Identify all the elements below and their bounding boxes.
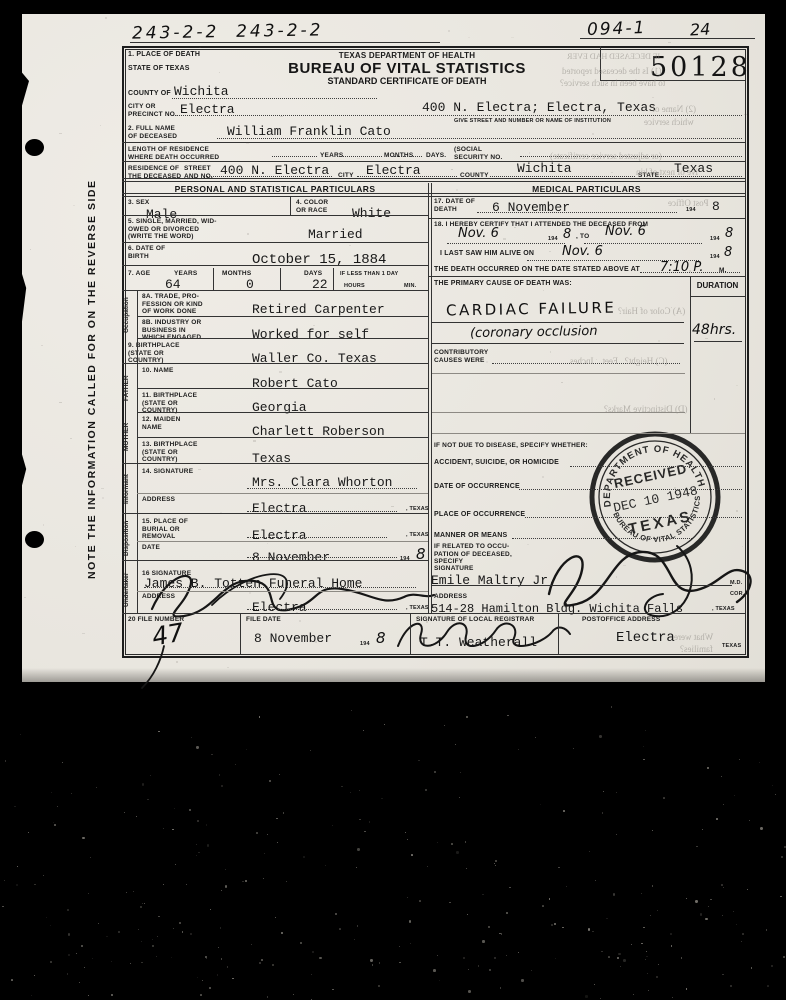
scan-speck [652,885,653,886]
scan-speck [221,890,222,891]
scan-speck [235,764,236,765]
scan-speck [381,798,383,800]
scan-speck [747,889,748,890]
paper-speck [198,469,201,470]
scan-speck [465,841,466,842]
rule-line [137,437,428,438]
scan-speck [549,898,550,899]
place-of-death-label: 1. PLACE OF DEATH [128,51,200,59]
birthplace-label: 9. BIRTHPLACE (STATE OR COUNTRY) [128,342,180,365]
scan-speck [126,892,127,893]
scan-speck [708,906,709,907]
rule-line [144,587,416,588]
scan-speck [772,785,773,786]
paper-speck [596,359,598,361]
scan-speck [225,869,227,871]
rule-line [290,196,291,215]
scan-speck [67,973,69,975]
file-date-value: 8 November [254,631,332,646]
scan-speck [646,956,647,957]
paper-speck [246,142,249,144]
scan-speck [191,737,192,738]
scan-speck [5,760,6,761]
paper-speck [247,233,248,235]
rule-line [447,243,565,244]
scan-speck [171,957,172,958]
scan-speck [332,989,334,991]
paper-speck [313,325,315,326]
scan-speck [54,824,55,825]
bleedthrough-text: (2) Name of [652,104,696,114]
length-residence-label: LENGTH OF RESIDENCE WHERE DEATH OCCURRED [128,146,219,161]
rule-line [122,265,428,266]
scan-speck [722,915,723,916]
scan-speck [43,875,44,876]
side-label-informant: Informant [123,466,136,512]
paper-speck [451,169,452,170]
scan-speck [407,897,408,898]
scan-speck [142,903,143,904]
dob-label: 6. DATE OF BIRTH [128,245,165,260]
scan-speck [206,958,207,959]
rule-line [519,489,742,490]
scan-speck [14,806,15,807]
scan-speck [460,772,461,773]
scan-speck [434,771,436,773]
scan-speck [34,884,36,886]
paper-speck [689,270,691,272]
scan-speck [437,955,439,957]
paper-speck [24,597,25,598]
scan-speck [554,923,556,925]
scan-speck [739,759,740,760]
paper-speck [688,493,690,494]
rule-line [477,212,677,213]
bleedthrough-text: (or adjusted service certificate) [550,151,662,161]
scan-speck [147,799,148,800]
scan-speck [495,860,497,862]
scan-speck [118,931,119,932]
paper-speck [41,345,43,346]
rule-line [122,513,428,514]
paper-speck [296,612,298,613]
rule-line [247,609,397,610]
paper-speck [742,546,744,547]
scan-speck [98,923,99,924]
paper-speck [456,189,458,191]
scan-speck [425,789,427,791]
full-name-value: William Franklin Cato [227,124,391,139]
county-label: COUNTY OF [128,90,171,98]
paper-speck [73,205,75,207]
rule-line [122,178,745,179]
rule-line [690,276,691,433]
age-hours-label: HOURS [344,283,365,289]
paper-speck [549,251,551,252]
rule-line [247,488,417,489]
scan-speck [198,852,199,853]
rule-line [122,193,745,194]
scan-speck [611,706,612,707]
scan-speck [573,748,574,749]
scan-speck [210,909,211,910]
scan-speck [141,941,142,942]
paper-speck [391,57,394,59]
scan-speck [142,783,144,785]
paper-speck [220,512,222,513]
scan-speck [617,957,619,959]
certificate-page: NOTE THE INFORMATION CALLED FOR ON THE R… [22,14,765,682]
attended-from-value: Nov. 6 [458,226,499,241]
paper-speck [176,661,178,662]
scan-speck [206,824,207,825]
paper-speck [158,369,159,371]
scan-speck [57,806,58,807]
registrar-signature-scrawl [390,612,575,657]
scan-speck [645,730,646,731]
scan-speck [88,893,89,894]
paper-speck [328,334,329,336]
paper-speck [59,402,61,404]
scan-speck [259,962,261,964]
scan-speck [202,980,203,981]
scan-speck [686,988,688,990]
margin-note-vertical: NOTE THE INFORMATION CALLED FOR ON THE R… [86,154,98,604]
mother-name-label: 12. MAIDEN NAME [142,416,180,431]
scan-speck [594,984,596,986]
scan-speck [759,762,760,763]
paper-speck [156,151,158,152]
scan-speck [4,880,5,881]
rule-line [490,176,635,177]
rule-line [432,373,685,374]
postoffice-value: Electra [616,630,675,646]
rule-line [137,541,428,542]
scan-speck [359,819,360,820]
scan-speck [62,762,63,763]
rule-line [640,272,740,273]
paper-speck [611,172,613,174]
paper-speck [511,37,514,38]
bleedthrough-text: families? [680,644,713,654]
scan-speck [157,936,158,937]
scan-speck [410,943,411,944]
rule-line [570,466,742,467]
scan-speck [427,866,429,868]
rule-line [137,338,428,339]
rule-line [432,585,732,586]
scan-speck [641,943,642,944]
scan-speck [418,760,419,761]
rule-line [694,341,742,342]
duration-value: 48hrs. [692,322,736,338]
last-saw-value: Nov. 6 [562,244,603,259]
paper-speck [249,592,251,594]
scan-speck [722,974,723,975]
scan-speck [518,749,519,750]
scan-speck [588,928,590,930]
scan-speck [723,804,724,805]
paper-speck [744,114,747,115]
scan-speck [488,926,489,927]
scan-speck [600,998,601,999]
paper-speck [426,621,428,623]
scan-speck [775,794,776,795]
age-label: 7. AGE [128,270,150,278]
scan-speck [783,956,785,958]
rule-line [137,493,428,494]
age-min-label: MIN. [404,283,416,289]
paper-speck [651,71,653,73]
scan-speck [156,956,157,957]
bleedthrough-text: IF DECEASED HAD EVER [567,52,660,61]
scan-speck [163,828,164,829]
paper-speck [550,351,552,353]
paper-speck [357,158,360,159]
scan-speck [451,843,453,845]
scan-speck [641,893,642,894]
rule-line [137,412,428,413]
scan-speck [437,842,438,843]
burial-date-label: DATE [142,544,160,552]
side-label-mother: MOTHER [123,414,136,460]
paper-speck [105,17,107,18]
rule-line [527,260,699,261]
scan-speck [616,792,617,793]
full-name-label: 2. FULL NAME OF DECEASED [128,125,177,140]
scan-speck [456,851,458,853]
scan-speck [741,941,742,942]
scan-speck [620,966,621,967]
scan-speck [506,912,508,914]
rule-line [558,613,559,654]
rule-line [512,538,692,539]
attended-to-year-stub: 194 [710,236,720,242]
marital-label: 5. SINGLE, MARRIED, WID- OWED OR DIVORCE… [128,218,217,241]
scan-speck [507,715,509,717]
scan-speck [232,978,233,979]
scan-speck [742,933,744,935]
rule-line [431,183,432,613]
scan-speck [53,822,54,823]
paper-speck [227,667,229,668]
paper-speck [43,524,44,526]
bureau-title: BUREAU OF VITAL STATISTICS [242,60,572,77]
paper-speck [658,340,660,341]
rule-line [584,243,702,244]
scan-speck [245,880,247,882]
paper-speck [542,476,543,478]
last-saw-label: I LAST SAW HIM ALIVE ON [440,250,534,258]
scan-speck [200,994,202,996]
scan-speck [494,957,495,958]
paper-speck [671,307,672,308]
scan-speck [130,963,131,964]
scan-speck [730,985,732,987]
handwritten-top-right-2: 24 [690,19,711,39]
death-time-m: M. [719,267,727,275]
scan-speck [449,902,451,904]
paper-speck [267,543,268,544]
scan-speck [96,787,97,788]
scan-speck [82,837,85,840]
scan-speck [652,830,653,831]
scan-speck [172,829,173,830]
scan-speck [300,942,302,944]
standard-title: STANDARD CERTIFICATE OF DEATH [272,76,542,86]
paper-speck [503,238,506,240]
rule-line [122,242,428,243]
paper-speck [30,249,31,251]
marital-value: Married [308,227,363,242]
scan-speck [500,987,501,988]
paper-speck [745,58,747,59]
side-label-undertaker: Undertaker [123,567,136,612]
paper-speck [572,324,574,325]
scan-speck [50,961,52,963]
scan-speck [509,887,510,888]
scan-speck [276,818,277,819]
paper-speck [446,67,448,68]
rule-line [207,176,332,177]
scan-speck [186,884,188,886]
paper-speck [736,385,738,386]
scan-speck [227,966,228,967]
accident-label: ACCIDENT, SUICIDE, OR HOMICIDE [434,459,559,467]
scan-speck [631,944,633,946]
scan-speck [261,959,263,961]
scan-speck [158,916,159,917]
scan-speck [111,961,112,962]
scan-speck [106,936,107,937]
paper-speck [674,487,676,489]
scan-speck [671,945,672,946]
paper-speck [504,309,505,310]
bleedthrough-text: (A) Color of Hair? [618,306,685,316]
scan-speck [144,903,145,904]
dod-label: 17. DATE OF DEATH [434,198,475,213]
scan-speck [663,797,665,799]
scan-speck [46,917,47,918]
scan-speck [419,900,421,902]
scan-speck [705,918,707,920]
color-value: White [352,206,391,221]
scan-speck [269,780,271,782]
scan-speck [16,884,18,886]
scan-speck [618,953,620,955]
scan-speck [558,867,559,868]
scan-speck [781,856,783,858]
scan-speck [196,855,197,856]
scan-speck [350,792,351,793]
scan-speck [379,962,380,963]
paper-speck [616,576,617,578]
scan-speck [133,891,135,893]
city-label: CITY OR PRECINCT NO. [128,103,177,118]
paper-speck [199,47,201,48]
last-saw-year-digit: 8 [724,245,732,260]
scan-speck [354,939,355,940]
rule-line [428,218,745,219]
scan-speck [190,933,192,935]
rule-line [407,115,742,116]
paper-speck [70,438,72,439]
scan-speck [411,854,413,856]
paper-speck [583,333,584,334]
scan-speck [67,909,69,911]
paper-speck [448,30,450,32]
primary-cause-label: THE PRIMARY CAUSE OF DEATH WAS: [434,280,572,288]
rule-line [357,176,457,177]
paper-speck [82,633,84,634]
paper-speck [623,565,625,566]
rule-line [580,38,755,39]
paper-speck [514,227,516,229]
scan-speck [606,918,608,920]
paper-speck [736,510,738,512]
hole-punch-bottom [25,531,44,548]
paper-speck [279,371,282,372]
scan-speck [267,996,269,998]
scan-speck [263,878,264,879]
rule-line [394,156,422,157]
paper-speck [196,301,198,303]
scan-speck [81,945,83,947]
scan-speck [84,967,85,968]
scan-speck [242,881,243,882]
scan-speck [601,951,602,952]
scan-speck [563,810,565,812]
scan-speck [303,856,305,858]
paper-speck [152,371,154,372]
informant-addr-label: ADDRESS [142,496,175,504]
scan-speck [267,834,268,835]
scan-speck [592,931,593,932]
bleedthrough-text: to have been in such service? [560,78,665,88]
scan-speck [658,964,659,965]
rule-line [137,591,428,592]
scan-speck [686,898,687,899]
scan-speck [339,928,341,930]
scan-speck [256,832,258,834]
scan-speck [196,746,198,748]
scan-speck [277,842,278,843]
sex-label: 3. SEX [128,199,149,207]
rule-line [122,363,428,364]
scan-speck [733,911,734,912]
scan-speck [531,970,532,971]
rule-line [247,537,387,538]
paper-speck [102,497,104,499]
page-edge-tear [19,264,28,324]
res-county-value: Wichita [517,161,572,176]
scan-speck [736,924,737,925]
scan-speck [643,746,644,747]
scan-speck [646,951,647,952]
scan-speck [196,844,197,845]
scan-speck [364,831,365,832]
age-less-label: IF LESS THAN 1 DAY [340,271,398,277]
burial-texas: , TEXAS [406,532,429,538]
attended-from-year-stub: 194 [548,236,558,242]
informant-sig-label: 14. SIGNATURE [142,468,193,476]
rule-line [137,316,428,317]
scan-speck [136,816,137,817]
scan-speck [645,959,646,960]
last-saw-year-stub: 194 [710,254,720,260]
rule-line [247,557,397,558]
paper-speck [592,133,594,134]
